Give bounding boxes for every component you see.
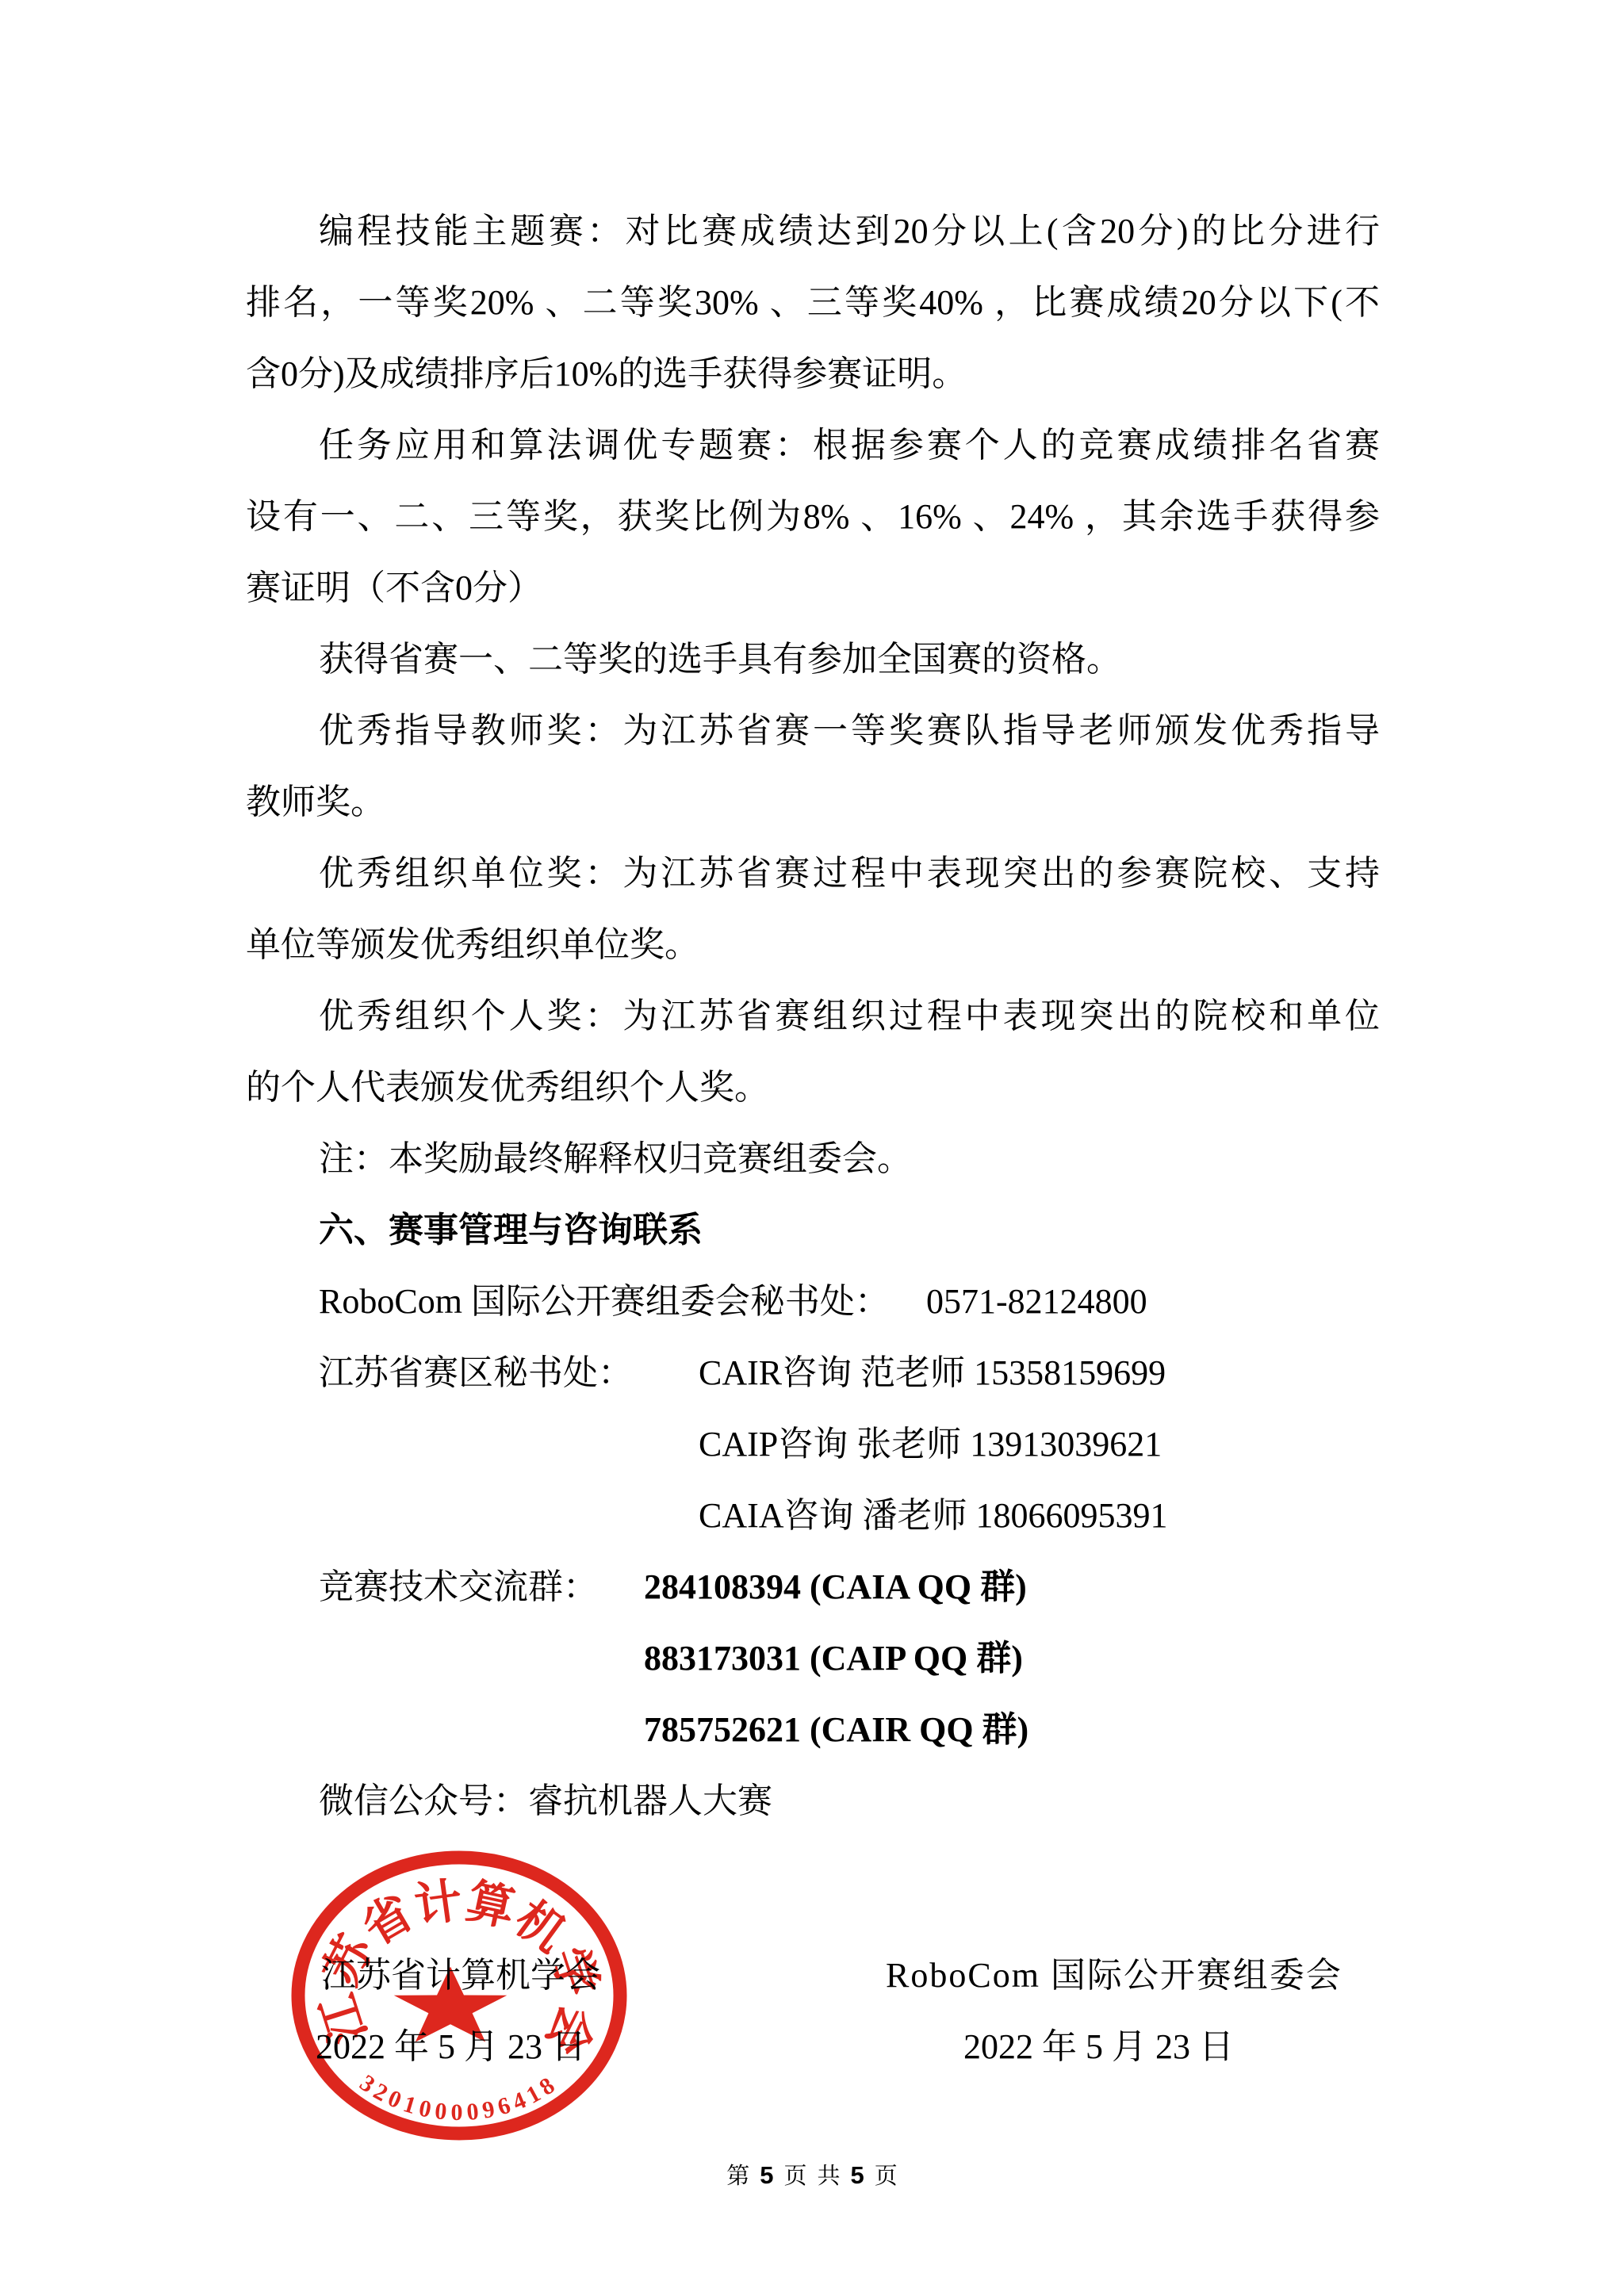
section-heading-text: 六、赛事管理与咨询联系 [319,1211,703,1249]
line-text: 优秀组织个人奖：为江苏省赛组织过程中表现突出的院校和单位 [319,997,1380,1035]
paragraph-line: 优秀组织个人奖：为江苏省赛组织过程中表现突出的院校和单位 [246,996,1380,1037]
official-seal-stamp: 江苏省计算机学会 3201000096418 [289,1850,629,2142]
contact-label: 江苏省赛区秘书处： [319,1353,633,1392]
line-text: 设有一、二、三等奖，获奖比例为8% 、16% 、24% ，其余选手获得参 [246,497,1380,536]
contact-line-jiangsu-secretariat: 江苏省赛区秘书处： CAIR咨询 范老师 15358159699 [246,1353,1380,1394]
paragraph-line: 任务应用和算法调优专题赛：根据参赛个人的竞赛成绩排名省赛 [246,425,1380,466]
wechat-account-line: 微信公众号：睿抗机器人大赛 [246,1781,1380,1822]
footer-text: 第 [726,2158,749,2191]
wechat-account-text: 微信公众号：睿抗机器人大赛 [319,1781,772,1820]
section-heading: 六、赛事管理与咨询联系 [246,1210,1380,1251]
line-text: 单位等颁发优秀组织单位奖。 [246,925,699,964]
document-page: 编程技能主题赛：对比赛成绩达到20分以上(含20分)的比分进行 排名，一等奖20… [0,0,1624,2296]
contact-person-cair: CAIR咨询 范老师 15358159699 [699,1353,1166,1394]
paragraph-line: 排名，一等奖20% 、二等奖30% 、三等奖40% ，比赛成绩20分以下(不 [246,282,1380,323]
paragraph-line: 优秀指导教师奖：为江苏省赛一等奖赛队指导老师颁发优秀指导 [246,710,1380,752]
line-text: 注：本奖励最终解释权归竞赛组委会。 [319,1139,912,1178]
qq-group-number-cair: 785752621 (CAIR QQ 群) [644,1709,1028,1751]
qq-group-line-caia: 竞赛技术交流群： 284108394 (CAIA QQ 群) [246,1567,1380,1608]
paragraph-line: 获得省赛一、二等奖的选手具有参加全国赛的资格。 [246,639,1380,680]
footer-text: 页 [875,2158,898,2191]
line-text: 优秀指导教师奖：为江苏省赛一等奖赛队指导老师颁发优秀指导 [319,711,1380,750]
line-text: 的个人代表颁发优秀组织个人奖。 [246,1068,769,1107]
line-text: 含0分)及成绩排序后10%的选手获得参赛证明。 [246,354,967,393]
contact-person-caip: CAIP咨询 张老师 13913039621 [699,1424,1162,1465]
paragraph-line: 设有一、二、三等奖，获奖比例为8% 、16% 、24% ，其余选手获得参 [246,496,1380,538]
line-text: 排名，一等奖20% 、二等奖30% 、三等奖40% ，比赛成绩20分以下(不 [246,283,1380,322]
contact-person-caia: CAIA咨询 潘老师 18066095391 [699,1495,1168,1536]
seal-ring-text: 江苏省计算机学会 [312,1874,607,2063]
page-footer: 第 5 页 共 5 页 [0,2158,1624,2191]
footer-text: 页 [783,2158,806,2191]
paragraph-line: 优秀组织单位奖：为江苏省赛过程中表现突出的参赛院校、支持 [246,853,1380,894]
line-text: 赛证明（不含0分） [246,568,542,607]
svg-text:江苏省计算机学会: 江苏省计算机学会 [312,1874,607,2063]
contact-label: RoboCom 国际公开赛组委会秘书处： [319,1282,890,1321]
note-line: 注：本奖励最终解释权归竞赛组委会。 [246,1138,1380,1180]
qq-group-number-caia: 284108394 (CAIA QQ 群) [644,1567,1027,1608]
total-pages: 5 [851,2161,864,2190]
line-text: 编程技能主题赛：对比赛成绩达到20分以上(含20分)的比分进行 [319,212,1380,251]
paragraph-line: 的个人代表颁发优秀组织个人奖。 [246,1067,1380,1108]
line-text: 教师奖。 [246,783,385,821]
paragraph-line: 编程技能主题赛：对比赛成绩达到20分以上(含20分)的比分进行 [246,211,1380,252]
page-number: 5 [760,2161,773,2190]
signature-right-org: RoboCom 国际公开赛组委会 [886,1955,1342,1996]
footer-text: 共 [818,2158,841,2191]
qq-group-number-caip: 883173031 (CAIP QQ 群) [644,1638,1023,1679]
line-text: 获得省赛一、二等奖的选手具有参加全国赛的资格。 [319,640,1121,679]
contact-line-robocom-secretariat: RoboCom 国际公开赛组委会秘书处： 0571-82124800 [246,1281,1380,1322]
contact-label: 竞赛技术交流群： [319,1567,598,1606]
line-text: 优秀组织单位奖：为江苏省赛过程中表现突出的参赛院校、支持 [319,854,1380,893]
contact-phone: 0571-82124800 [926,1281,1147,1322]
line-text: 任务应用和算法调优专题赛：根据参赛个人的竞赛成绩排名省赛 [319,426,1380,465]
paragraph-line: 赛证明（不含0分） [246,568,1380,609]
paragraph-line: 含0分)及成绩排序后10%的选手获得参赛证明。 [246,354,1380,395]
paragraph-line: 单位等颁发优秀组织单位奖。 [246,924,1380,966]
signature-right-date: 2022 年 5 月 23 日 [963,2026,1234,2068]
paragraph-line: 教师奖。 [246,782,1380,823]
star-icon [394,1967,507,2042]
